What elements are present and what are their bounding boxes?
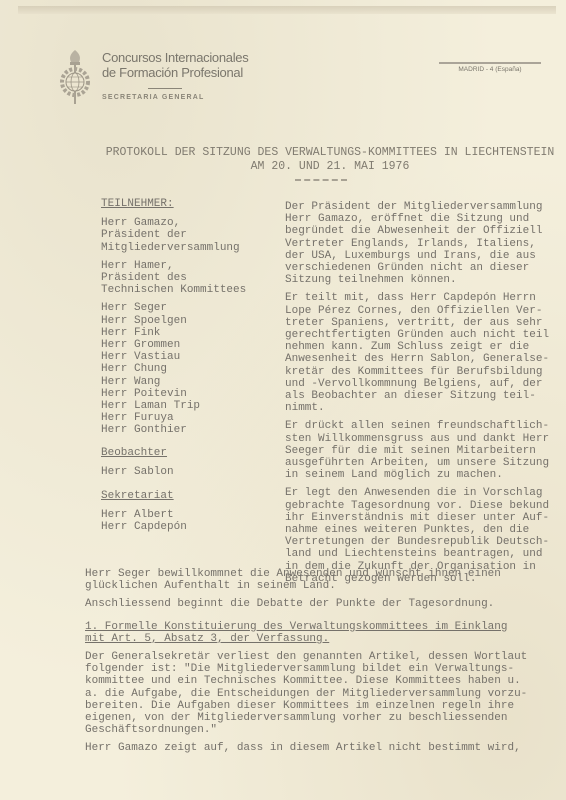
- members-list: Herr Seger Herr Spoelgen Herr Fink Herr …: [101, 302, 276, 436]
- member-item: Herr Seger: [101, 302, 276, 314]
- member-item: Herr Vastiau: [101, 351, 276, 363]
- organization-name: Concursos Internacionales de Formación P…: [102, 50, 302, 80]
- member-item: Herr Wang: [101, 376, 276, 388]
- body-text: Herr Seger bewillkommnet die Anwesenden …: [85, 568, 565, 761]
- member-item: Herr Grommen: [101, 339, 276, 351]
- welcome-paragraph: Herr Seger bewillkommnet die Anwesenden …: [85, 568, 565, 592]
- participant-line: Präsident des: [101, 272, 276, 284]
- secretariat-item: Herr Capdepón: [101, 521, 276, 533]
- member-item: Herr Gonthier: [101, 424, 276, 436]
- secretariat-list: Herr Albert Herr Capdepón: [101, 509, 276, 533]
- observers-heading: Beobachter: [101, 447, 276, 459]
- participants-list: TEILNEHMER: Herr Gamazo, Präsident der M…: [101, 198, 276, 540]
- secretariat-item: Herr Albert: [101, 509, 276, 521]
- paper-edge: [18, 6, 556, 14]
- org-name-line-2: de Formación Profesional: [102, 65, 302, 80]
- participant-line: Präsident der: [101, 229, 276, 241]
- address-struck-line: [439, 62, 541, 64]
- org-name-line-1: Concursos Internacionales: [102, 50, 302, 65]
- participant-line: Technischen Kommittees: [101, 284, 276, 296]
- observers-list: Herr Sablon: [101, 466, 276, 478]
- address-city: MADRID - 4 (España): [435, 66, 545, 73]
- member-item: Herr Furuya: [101, 412, 276, 424]
- section-1-heading: 1. Formelle Konstituierung des Verwaltun…: [85, 621, 565, 645]
- document-page: Concursos Internacionales de Formación P…: [0, 0, 566, 800]
- member-item: Herr Fink: [101, 327, 276, 339]
- document-title: PROTOKOLL DER SITZUNG DES VERWALTUNGS-KO…: [95, 146, 565, 174]
- title-line-2: AM 20. UND 21. MAI 1976: [95, 160, 565, 174]
- participant-line: Mitgliederversammlung: [101, 242, 276, 254]
- department-name: SECRETARIA GENERAL: [102, 94, 205, 101]
- title-underline: [295, 179, 347, 181]
- secretariat-heading: Sekretariat: [101, 490, 276, 502]
- participant-line: Herr Gamazo,: [101, 217, 276, 229]
- paragraph: Er drückt allen seinen freundschaftlich-…: [285, 420, 566, 481]
- member-item: Herr Laman Trip: [101, 400, 276, 412]
- participant-line: Herr Hamer,: [101, 260, 276, 272]
- member-item: Herr Poitevin: [101, 388, 276, 400]
- member-item: Herr Chung: [101, 363, 276, 375]
- title-line-1: PROTOKOLL DER SITZUNG DES VERWALTUNGS-KO…: [95, 146, 565, 160]
- address-block: MADRID - 4 (España): [435, 62, 545, 73]
- opening-remarks: Der Präsident der Mitgliederversammlung …: [285, 201, 566, 591]
- president-entry: Herr Hamer, Präsident des Technischen Ko…: [101, 260, 276, 297]
- observer-item: Herr Sablon: [101, 466, 276, 478]
- gear-globe-logo-icon: [60, 48, 90, 108]
- article-paragraph: Der Generalsekretär verliest den genannt…: [85, 651, 565, 736]
- participants-heading: TEILNEHMER:: [101, 198, 276, 210]
- president-entry: Herr Gamazo, Präsident der Mitgliederver…: [101, 217, 276, 254]
- gamazo-paragraph: Herr Gamazo zeigt auf, dass in diesem Ar…: [85, 742, 565, 754]
- debate-paragraph: Anschliessend beginnt die Debatte der Pu…: [85, 598, 565, 610]
- letterhead-divider: [148, 88, 182, 89]
- paragraph: Der Präsident der Mitgliederversammlung …: [285, 201, 566, 286]
- paragraph: Er teilt mit, dass Herr Capdepón Herrn L…: [285, 292, 566, 414]
- member-item: Herr Spoelgen: [101, 315, 276, 327]
